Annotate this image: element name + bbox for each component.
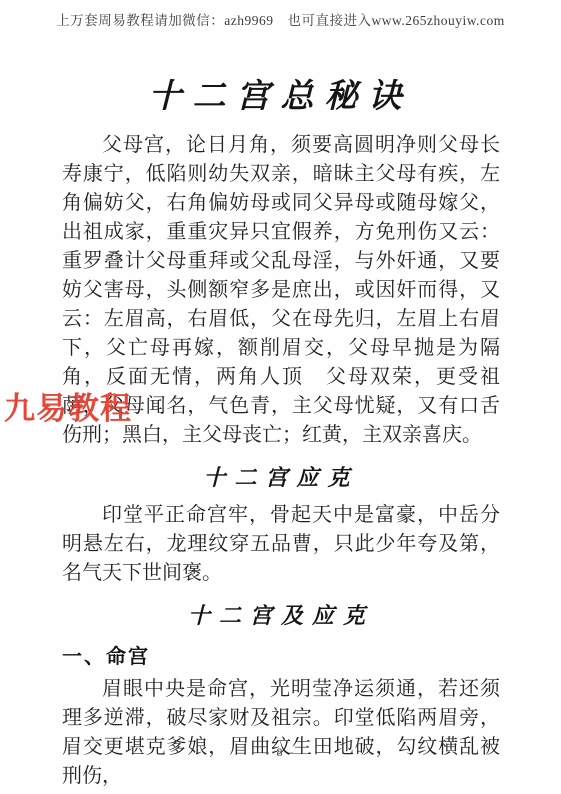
- header-promo-note: 上万套周易教程请加微信：azh9969 也可直接进入www.265zhouyiw…: [0, 0, 561, 29]
- watermark-jiuyi-jiaocheng: 九易教程: [4, 383, 132, 428]
- document-body: 父母宫，论日月角，须要高圆明净则父母长寿康宁，低陷则幼失双亲，暗昧主父母有疾，左…: [62, 131, 500, 791]
- document-page: 上万套周易教程请加微信：azh9969 也可直接进入www.265zhouyiw…: [0, 0, 561, 794]
- paragraph-life-palace-poem: 印堂平正命宫牢，骨起天中是富豪，中岳分明悬左右，龙理纹穿五品曹，只此少年夸及第，…: [62, 501, 500, 588]
- subtitle-twelve-palaces-ji-yingke: 十二宫及应克: [62, 599, 500, 630]
- page-title: 十二宫总秘诀: [0, 70, 561, 117]
- page-number: - 8 -: [0, 745, 561, 760]
- subtitle-twelve-palaces-yingke: 十二宫应克: [62, 461, 500, 492]
- paragraph-life-palace: 眉眼中央是命宫，光明莹净运须通，若还须理多逆滞，破尽家财及祖宗。印堂低陷两眉旁，…: [62, 675, 500, 791]
- heading-life-palace: 一、命宫: [62, 640, 500, 669]
